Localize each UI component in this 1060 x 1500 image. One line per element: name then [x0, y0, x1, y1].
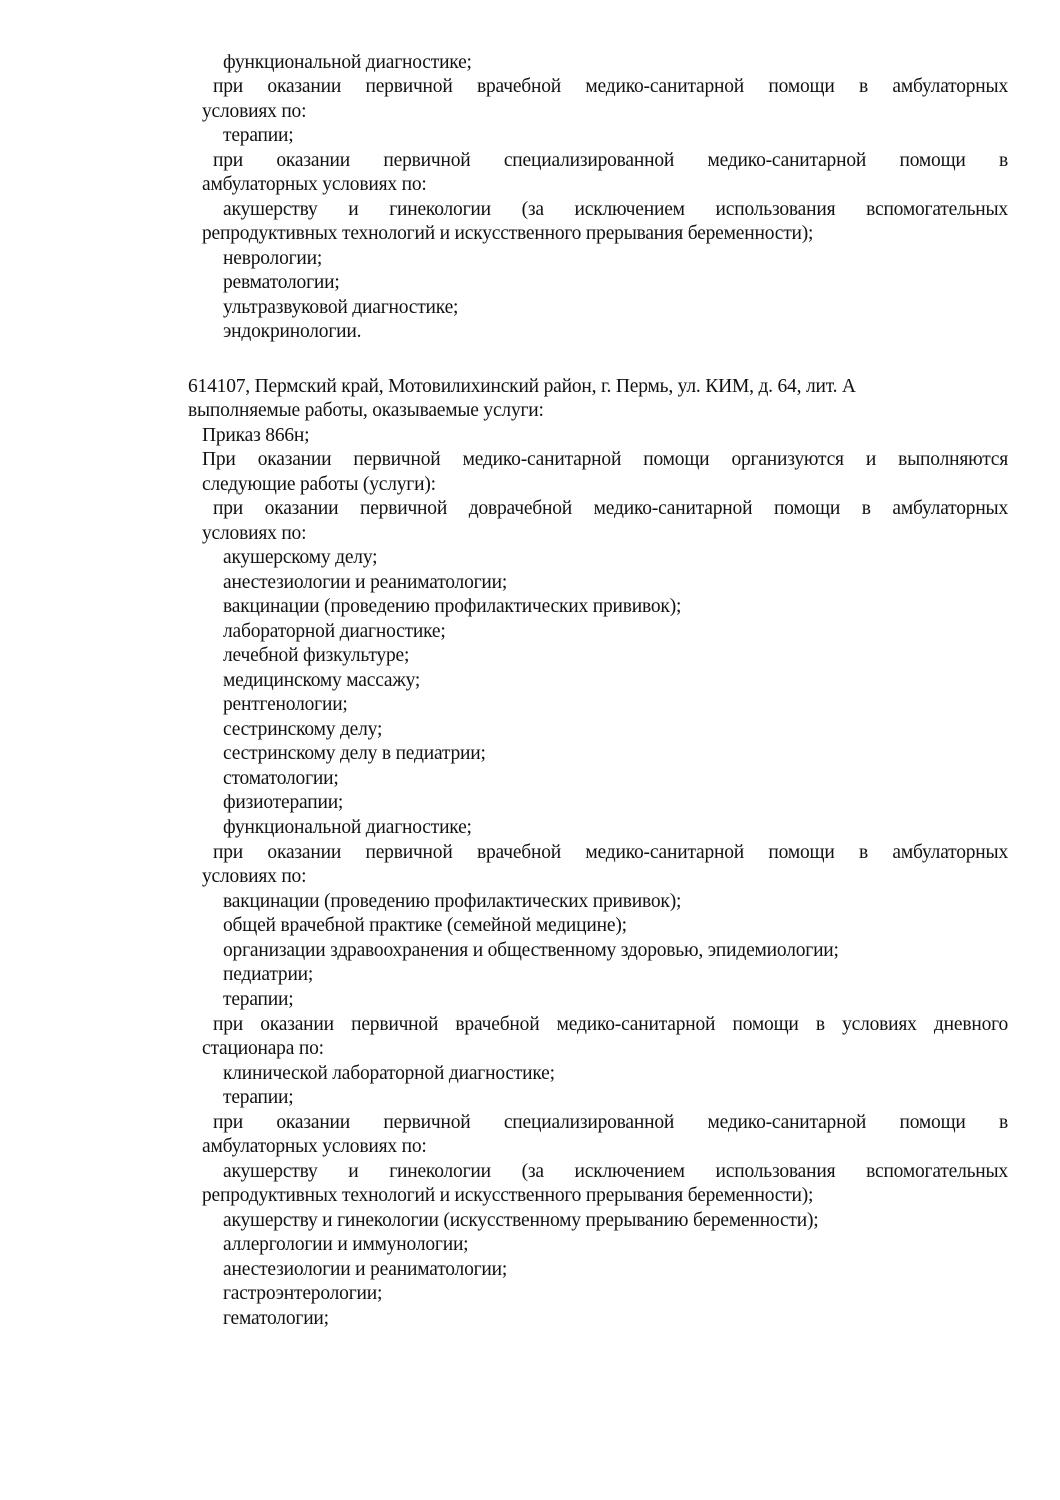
section-heading: при оказании первичной доврачебной медик… — [213, 497, 1008, 521]
list-item: медицинскому массажу; — [223, 669, 420, 693]
order-number: Приказ 866н; — [202, 424, 309, 448]
intro-text: При оказании первичной медико-санитарной… — [202, 448, 1008, 472]
list-item: функциональной диагностике; — [223, 816, 472, 840]
list-item: стоматологии; — [223, 767, 339, 791]
section-heading: при оказании первичной врачебной медико-… — [213, 841, 1008, 865]
address: 614107, Пермский край, Мотовилихинский р… — [188, 375, 856, 399]
list-item: сестринскому делу; — [223, 718, 382, 742]
list-item: педиатрии; — [223, 963, 313, 987]
list-item: физиотерапии; — [223, 791, 343, 815]
list-item: ревматологии; — [223, 271, 340, 295]
section-heading-cont: условиях по: — [202, 865, 306, 889]
list-item: вакцинации (проведению профилактических … — [223, 595, 681, 619]
list-item: организации здравоохранения и общественн… — [223, 939, 839, 963]
list-item: анестезиологии и реаниматологии; — [223, 1258, 507, 1282]
list-item: акушерству и гинекологии (за исключением… — [223, 1160, 1008, 1184]
list-item: терапии; — [223, 988, 293, 1012]
list-item: сестринскому делу в педиатрии; — [223, 742, 486, 766]
list-item: общей врачебной практике (семейной медиц… — [223, 914, 627, 938]
list-item: неврологии; — [223, 247, 322, 271]
list-item: акушерству и гинекологии (искусственному… — [223, 1209, 819, 1233]
list-item: терапии; — [223, 1086, 293, 1110]
list-item: лабораторной диагностике; — [223, 620, 446, 644]
section-heading-cont: амбулаторных условиях по: — [202, 1135, 427, 1159]
section-heading-cont: условиях по: — [202, 522, 306, 546]
list-item: клинической лабораторной диагностике; — [223, 1062, 555, 1086]
list-item: аллергологии и иммунологии; — [223, 1233, 468, 1257]
list-item-cont: репродуктивных технологий и искусственно… — [202, 1184, 813, 1208]
list-item: гематологии; — [223, 1307, 329, 1331]
list-item: акушерству и гинекологии (за исключением… — [223, 198, 1008, 222]
section-heading: при оказании первичной врачебной медико-… — [213, 75, 1008, 99]
list-item: эндокринологии. — [223, 320, 361, 344]
list-item: терапии; — [223, 124, 293, 148]
list-item: лечебной физкультуре; — [223, 644, 409, 668]
list-item: ультразвуковой диагностике; — [223, 296, 458, 320]
section-heading-cont: условиях по: — [202, 100, 306, 124]
document-page: функциональной диагностике; при оказании… — [0, 0, 1060, 1500]
section-heading-cont: стационара по: — [202, 1037, 324, 1061]
works-label: выполняемые работы, оказываемые услуги: — [188, 399, 544, 423]
intro-text-cont: следующие работы (услуги): — [202, 473, 436, 497]
list-item: акушерскому делу; — [223, 546, 377, 570]
section-heading: при оказании первичной врачебной медико-… — [213, 1013, 1008, 1037]
section-heading: при оказании первичной специализированно… — [213, 1111, 1008, 1135]
list-item: вакцинации (проведению профилактических … — [223, 890, 681, 914]
list-item-cont: репродуктивных технологий и искусственно… — [202, 222, 813, 246]
section-heading: при оказании первичной специализированно… — [213, 149, 1008, 173]
list-item: гастроэнтерологии; — [223, 1282, 382, 1306]
list-item: функциональной диагностике; — [223, 51, 472, 75]
list-item: рентгенологии; — [223, 693, 348, 717]
section-heading-cont: амбулаторных условиях по: — [202, 173, 427, 197]
list-item: анестезиологии и реаниматологии; — [223, 571, 507, 595]
